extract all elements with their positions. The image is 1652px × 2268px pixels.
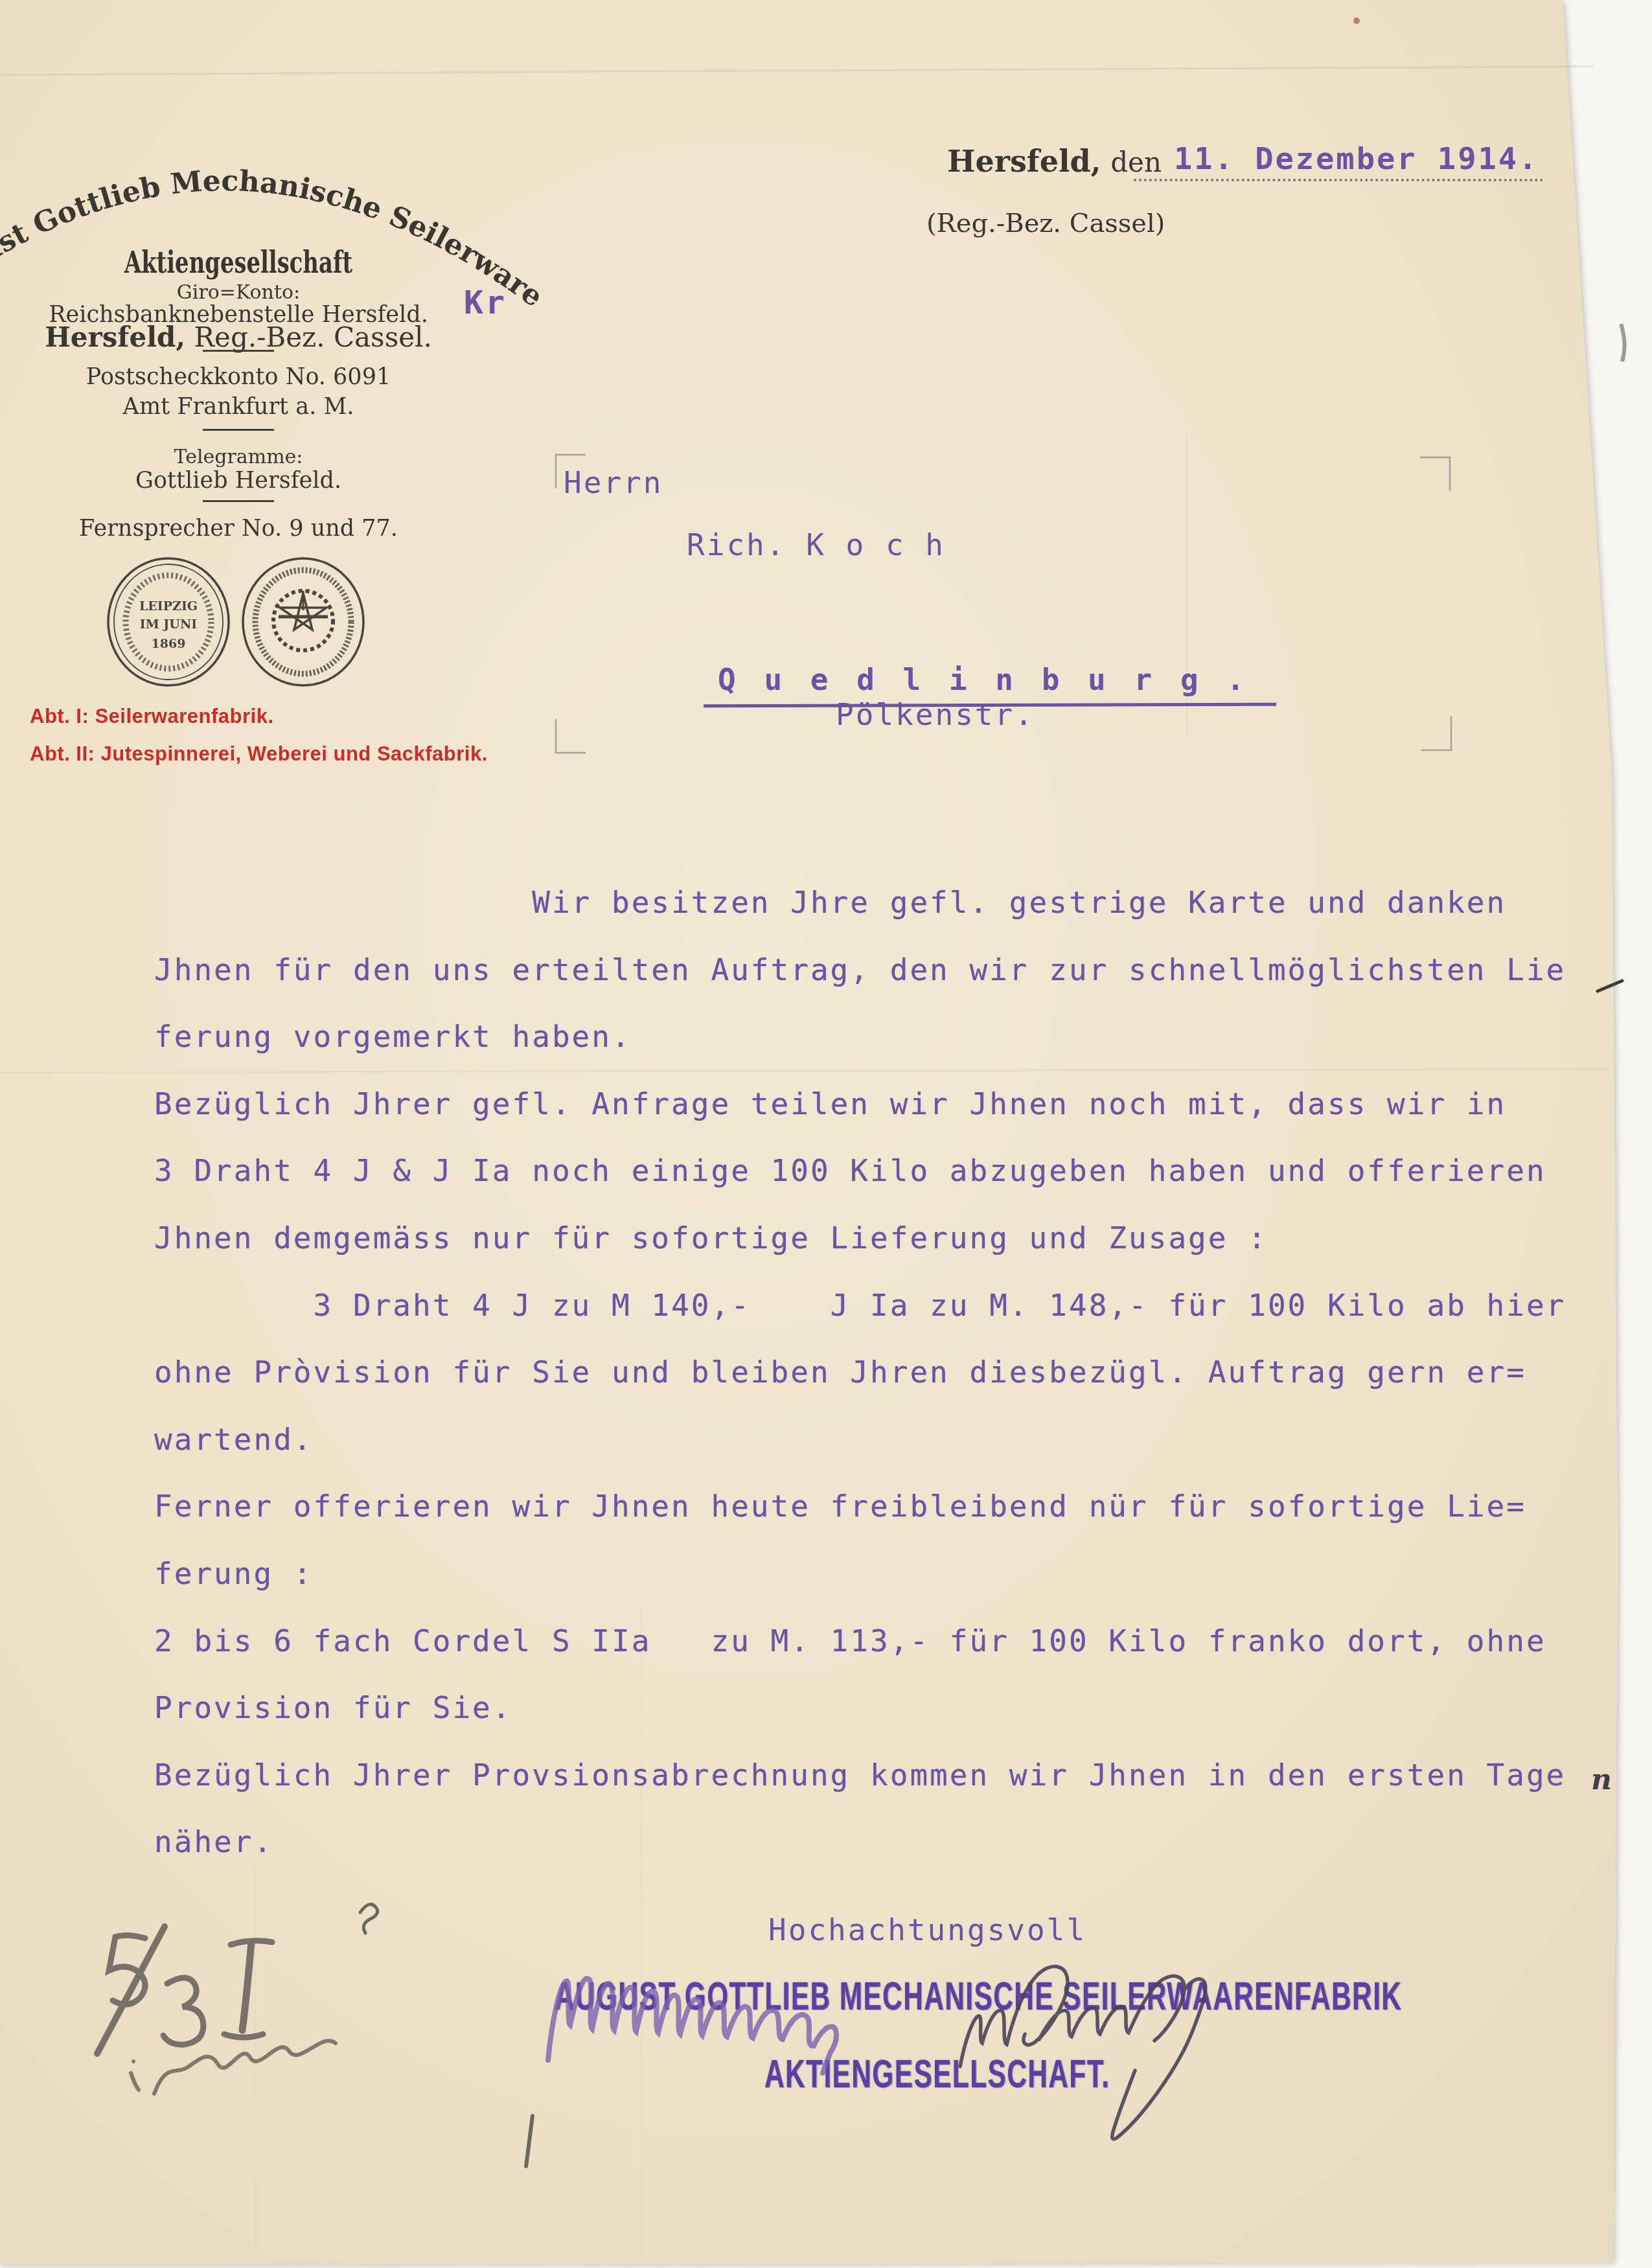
crease-vertical-lower: [640, 1607, 643, 2261]
body-line: ohne Pròvision für Sie und bleiben Jhren…: [154, 1355, 1526, 1390]
pencil-docket-5-3-I: [97, 1927, 272, 2054]
letterhead-divider-1: [203, 350, 274, 352]
body-line: 2 bis 6 fach Cordel S IIa zu M. 113,- fü…: [154, 1623, 1546, 1658]
body-line: ferung vorgemerkt haben.: [154, 1019, 632, 1054]
letterhead-company-type: Aktiengesellschaft: [124, 245, 352, 281]
letterhead-phone-line: Fernsprecher No. 9 und 77.: [79, 516, 398, 542]
recipient-city: Q u e d l i n b u r g .: [718, 662, 1250, 697]
department-line-1: Abt. I: Seilerwarenfabrik.: [30, 705, 274, 728]
date-value: 11. Dezember 1914.: [1174, 141, 1539, 177]
letterhead-giro-value: Reichsbanknebenstelle Hersfeld.: [49, 302, 428, 328]
body-line: wartend.: [154, 1422, 314, 1457]
body-line: Jhnen demgemäss nur für sofortige Liefer…: [154, 1220, 1268, 1255]
letterhead-divider-2: [203, 429, 274, 431]
pencil-small-mark: [360, 1905, 378, 1934]
crease-vertical-lowerleft: [254, 1866, 257, 2264]
body-line: näher.: [154, 1824, 273, 1859]
medal-text-1869: 1869: [152, 637, 186, 651]
recipient-name: Rich. K o c h: [687, 527, 945, 562]
inserted-n-correction: n: [1591, 1763, 1612, 1796]
body-line: 3 Draht 4 J zu M 140,- J Ia zu M. 148,- …: [154, 1288, 1566, 1323]
company-stamp-line2: AKTIENGESELLSCHAFT.: [764, 2051, 1110, 2096]
letterhead-telegram-label: Telegramme:: [174, 446, 303, 468]
medal-text-leipzig: LEIPZIG: [139, 599, 198, 613]
medal-gear-star: [243, 558, 363, 685]
body-line: Bezüglich Jhrer Provsionsabrechnung komm…: [154, 1758, 1566, 1793]
date-place-bold: Hersfeld,: [947, 144, 1101, 179]
scan-artifact-feather: [1621, 324, 1625, 361]
pencil-scribble: [131, 2041, 336, 2094]
letterhead-telegram-value: Gottlieb Hersfeld.: [135, 468, 341, 494]
body-line: Provision für Sie.: [154, 1690, 512, 1725]
typed-kr-mark: Kr: [464, 284, 507, 321]
region-note: (Reg.-Bez. Cassel): [926, 209, 1165, 238]
body-line: Jhnen für den uns erteilten Auftrag, den…: [154, 952, 1566, 987]
letterhead-giro-label: Giro=Konto:: [177, 281, 300, 304]
body-line: ferung :: [154, 1556, 314, 1591]
company-stamp-line1: AUGUST GOTTLIEB MECHANISCHE SEILERWAAREN…: [555, 1973, 1402, 2019]
recipient-salutation: Herrn: [564, 465, 663, 500]
letterhead-divider-3: [203, 500, 274, 502]
pencil-tick: [526, 2116, 533, 2166]
body-line: 3 Draht 4 J & J Ia noch einige 100 Kilo …: [154, 1153, 1546, 1188]
valediction: Hochachtungsvoll: [768, 1912, 1086, 1947]
body-line: Wir besitzen Jhre gefl. gestrige Karte u…: [154, 885, 1506, 920]
letterhead-postscheck-1: Postscheckkonto No. 6091: [86, 364, 391, 390]
medal-text-imjuni: IM JUNI: [140, 617, 197, 632]
medal-leipzig-1869: LEIPZIG IM JUNI 1869: [108, 558, 229, 685]
date-place-label: Hersfeld, den: [947, 144, 1162, 179]
body-line: Bezüglich Jhrer gefl. Anfrage teilen wir…: [154, 1086, 1506, 1121]
body-line: Ferner offerieren wir Jhnen heute freibl…: [154, 1489, 1526, 1524]
letterhead-postscheck-2: Amt Frankfurt a. M.: [123, 394, 354, 420]
recipient-street: Pölkenstr.: [836, 697, 1035, 732]
paper-fleck: [1353, 17, 1360, 24]
department-line-2: Abt. II: Jutespinnerei, Weberei und Sack…: [30, 742, 488, 766]
fold-crease-middle: [0, 1067, 1607, 1074]
scanned-letter-page: gust Gottlieb Mechanische Seilerwarenfab…: [0, 0, 1652, 2268]
pencil-line-end-hyphen: [1598, 981, 1622, 991]
